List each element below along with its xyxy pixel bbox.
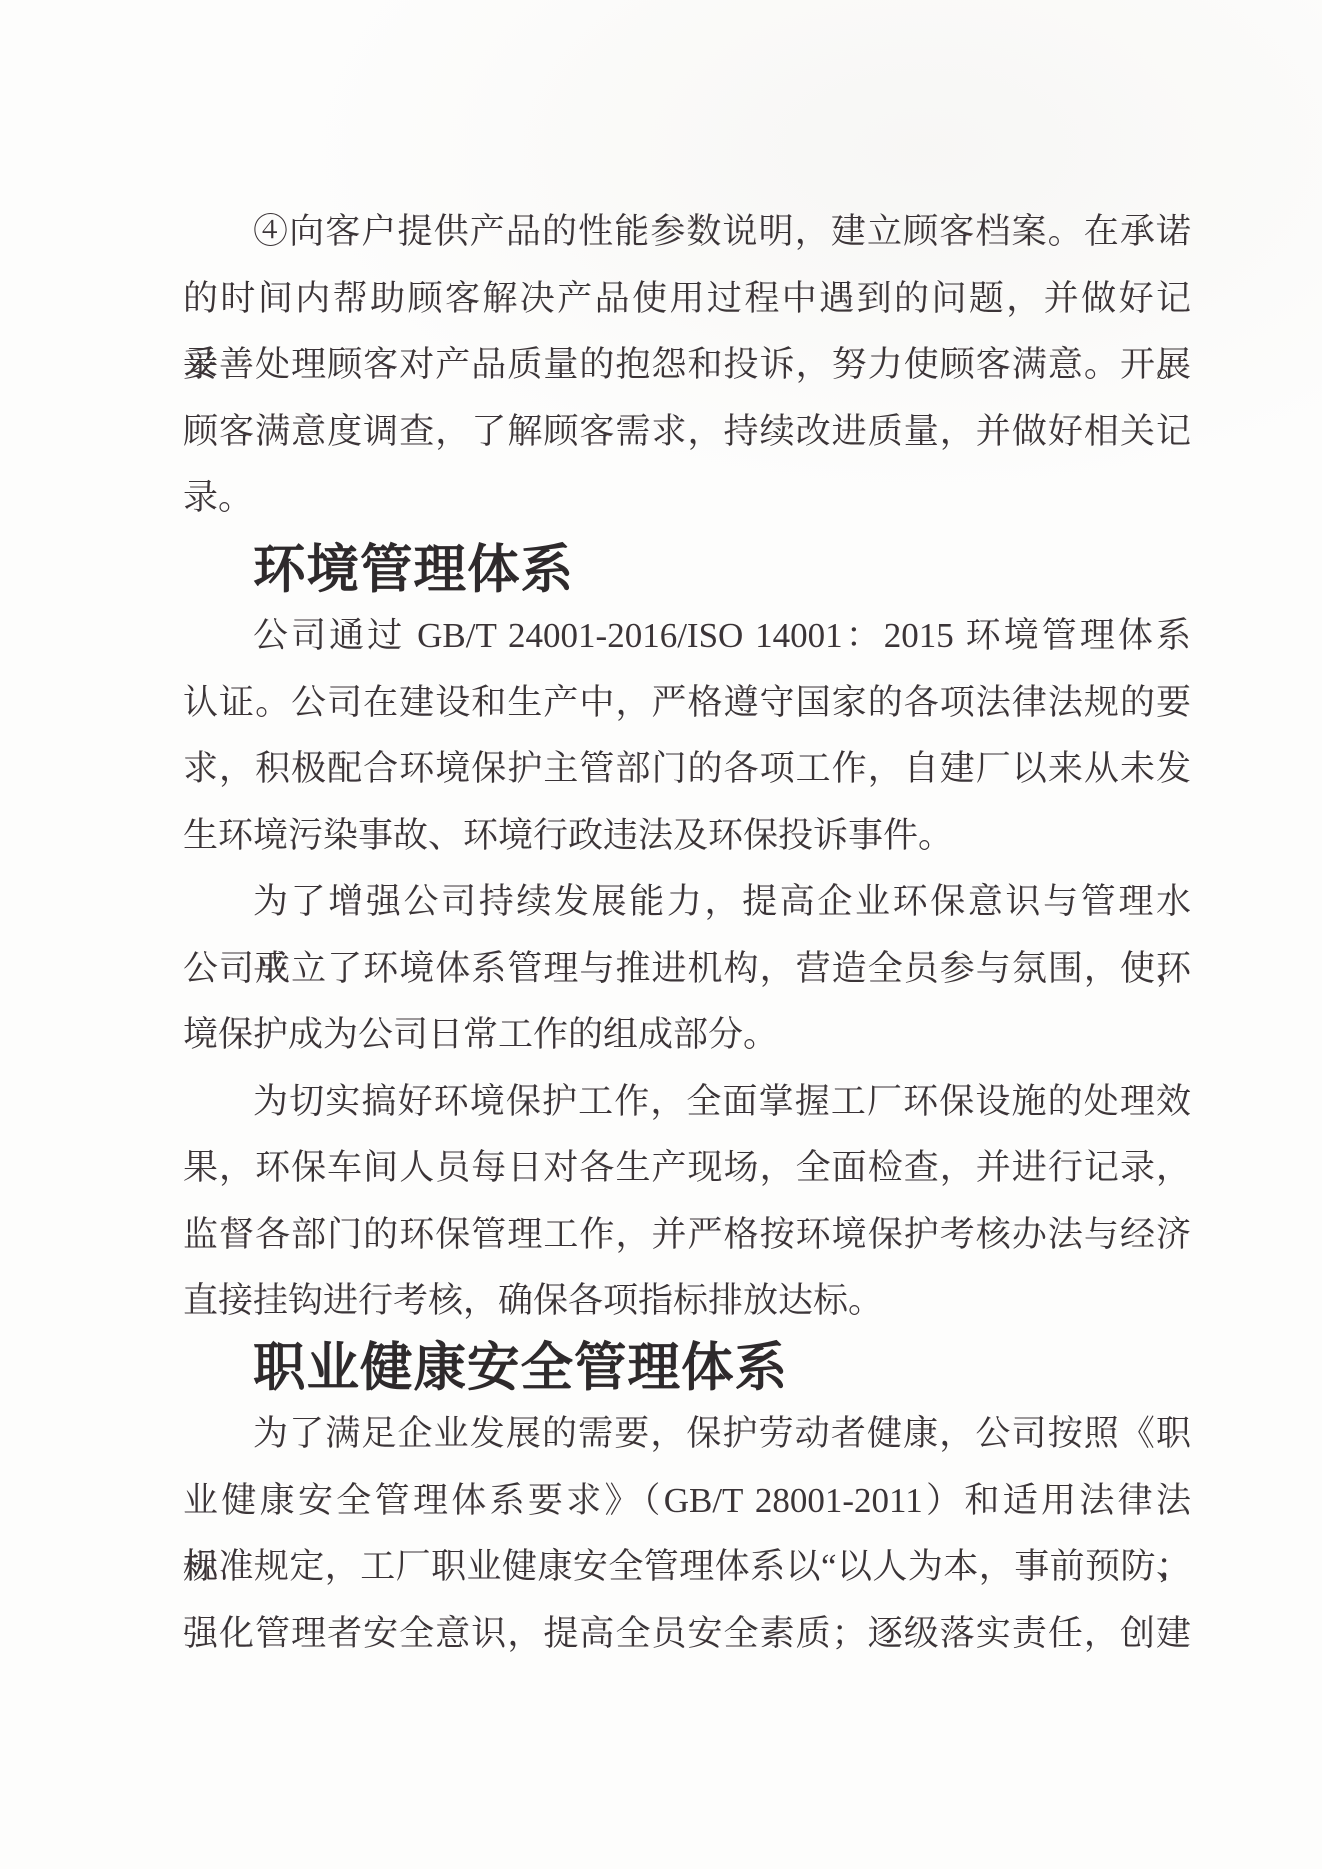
- paragraph-line: 业健康安全管理体系要求》（GB/T 28001-2011）和适用法律法规、: [183, 1468, 1191, 1535]
- document-text-block: ④向客户提供产品的性能参数说明，建立顾客档案。在承诺 的时间内帮助顾客解决产品使…: [183, 199, 1191, 1667]
- scanned-document-page: ④向客户提供产品的性能参数说明，建立顾客档案。在承诺 的时间内帮助顾客解决产品使…: [0, 0, 1322, 1869]
- heading-environment-management-system: 环境管理体系: [183, 537, 1191, 604]
- paragraph-line: 妥善处理顾客对产品质量的抱怨和投诉，努力使顾客满意。开展: [183, 332, 1191, 399]
- paragraph-line: 为了增强公司持续发展能力，提高企业环保意识与管理水平，: [183, 869, 1191, 936]
- paragraph-line: ④向客户提供产品的性能参数说明，建立顾客档案。在承诺: [183, 199, 1191, 266]
- paragraph-line: 的时间内帮助顾客解决产品使用过程中遇到的问题，并做好记录。: [183, 266, 1191, 333]
- paragraph-line: 境保护成为公司日常工作的组成部分。: [183, 1002, 1191, 1069]
- paragraph-line: 强化管理者安全意识，提高全员安全素质；逐级落实责任，创建: [183, 1601, 1191, 1668]
- paragraph-line: 录。: [183, 465, 1191, 532]
- paragraph-line: 果，环保车间人员每日对各生产现场，全面检查，并进行记录，: [183, 1135, 1191, 1202]
- paragraph-line: 生环境污染事故、环境行政违法及环保投诉事件。: [183, 803, 1191, 870]
- paragraph-line: 顾客满意度调查，了解顾客需求，持续改进质量，并做好相关记: [183, 399, 1191, 466]
- paragraph-line: 为切实搞好环境保护工作，全面掌握工厂环保设施的处理效: [183, 1069, 1191, 1136]
- paragraph-line: 公司成立了环境体系管理与推进机构，营造全员参与氛围，使环: [183, 936, 1191, 1003]
- paragraph-line: 认证。公司在建设和生产中，严格遵守国家的各项法律法规的要: [183, 670, 1191, 737]
- paragraph-line: 为了满足企业发展的需要，保护劳动者健康，公司按照《职: [183, 1401, 1191, 1468]
- paragraph-line: 标准规定，工厂职业健康安全管理体系以“以人为本，事前预防；: [183, 1534, 1191, 1601]
- paragraph-line: 公司通过 GB/T 24001-2016/ISO 14001：2015 环境管理…: [183, 603, 1191, 670]
- paragraph-line: 求，积极配合环境保护主管部门的各项工作，自建厂以来从未发: [183, 736, 1191, 803]
- paragraph-line: 监督各部门的环保管理工作，并严格按环境保护考核办法与经济: [183, 1202, 1191, 1269]
- paragraph-line: 直接挂钩进行考核，确保各项指标排放达标。: [183, 1268, 1191, 1335]
- heading-occupational-health-safety-system: 职业健康安全管理体系: [183, 1335, 1191, 1402]
